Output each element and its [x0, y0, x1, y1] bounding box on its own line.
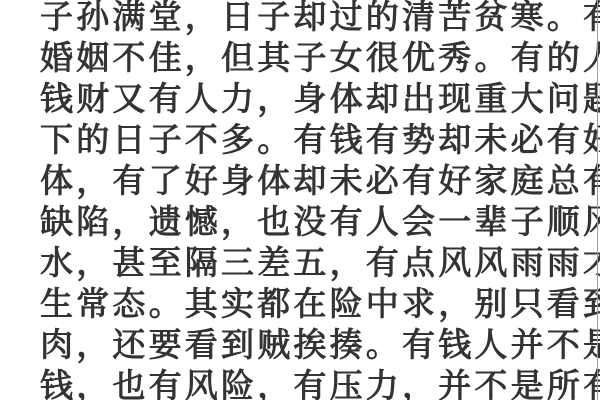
text-line: 子孙满堂，日子却过的清苦贫寒。有的人: [40, 0, 570, 37]
text-line: 缺陷，遗憾，也没有人会一辈子顺风顺: [40, 201, 570, 242]
article-body: 子孙满堂，日子却过的清苦贫寒。有的人 婚姻不佳，但其子女很优秀。有的人既有 钱财…: [40, 0, 570, 400]
text-line: 生常态。其实都在险中求，别只看到贼吃: [40, 283, 570, 324]
text-line: 钱，也有风险，有压力，并不是所有人都: [40, 365, 570, 400]
text-line: 水，甚至隔三差五，有点风风雨雨才是人: [40, 242, 570, 283]
article-page: 子孙满堂，日子却过的清苦贫寒。有的人 婚姻不佳，但其子女很优秀。有的人既有 钱财…: [0, 0, 600, 400]
text-line: 体，有了好身体却未必有好家庭总有一些: [40, 160, 570, 201]
text-line: 婚姻不佳，但其子女很优秀。有的人既有: [40, 37, 570, 78]
text-line: 下的日子不多。有钱有势却未必有好身: [40, 119, 570, 160]
page-edge-divider: [597, 0, 598, 400]
text-line: 肉，还要看到贼挨揍。有钱人并不是只有: [40, 324, 570, 365]
text-line: 钱财又有人力，身体却出现重大问题，剩: [40, 78, 570, 119]
